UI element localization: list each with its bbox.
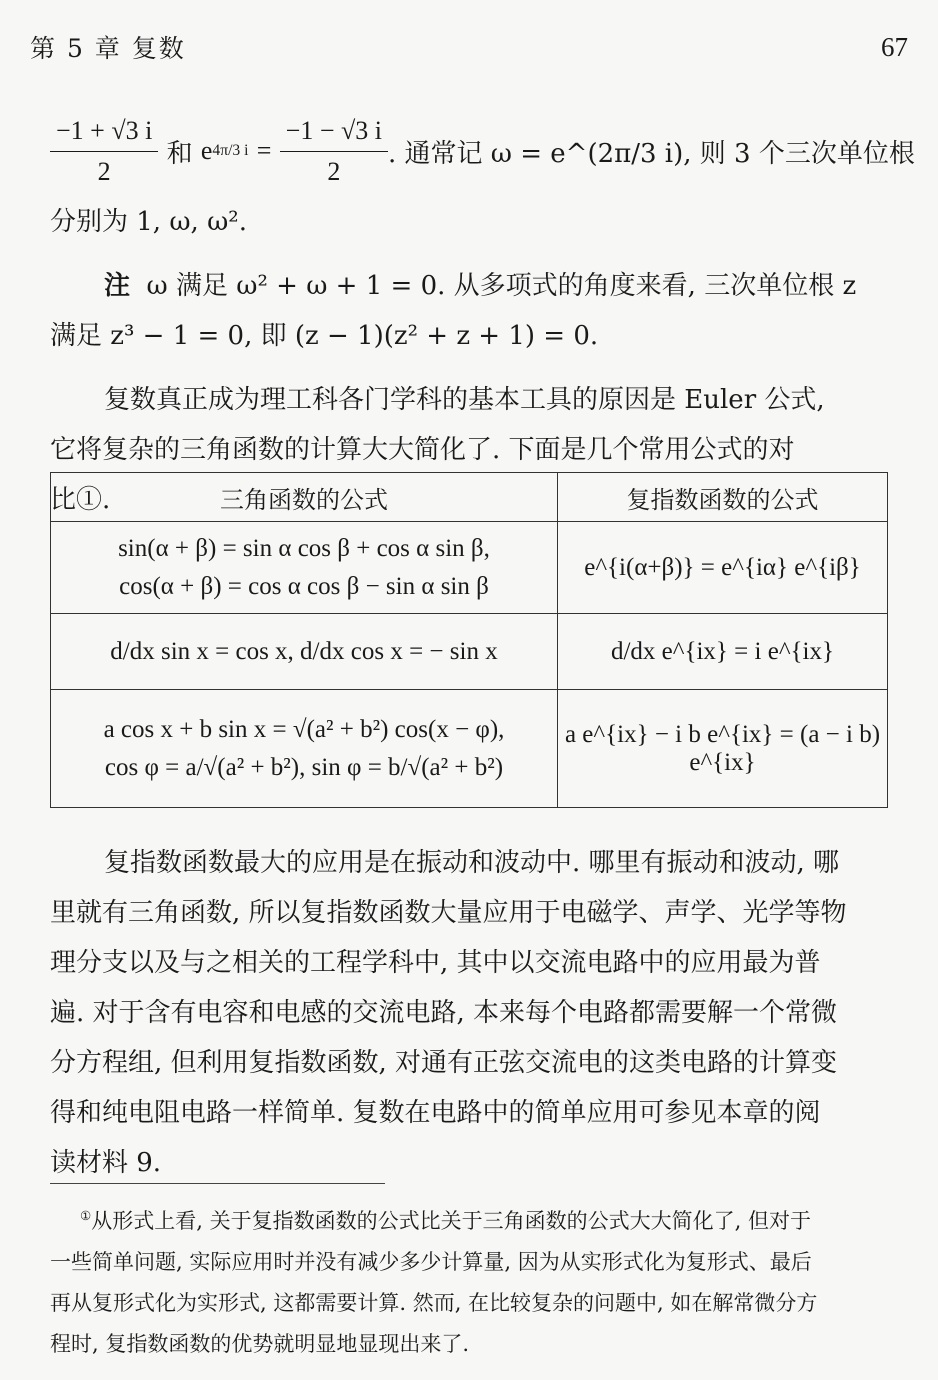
- note-line-2: 满足 z³ − 1 = 0, 即 (z − 1)(z² + z + 1) = 0…: [50, 311, 888, 361]
- complex-cell: e^{i(α+β)} = e^{iα} e^{iβ}: [558, 522, 888, 614]
- roots-formula-line: −1 + √3 i 2 和 e4π/3 i = −1 − √3 i 2 . 通常…: [50, 105, 888, 197]
- complex-cell: d/dx e^{ix} = i e^{ix}: [558, 614, 888, 690]
- note-label: 注: [104, 271, 130, 301]
- paragraph-applications: 复指数函数最大的应用是在振动和波动中. 哪里有振动和波动, 哪 里就有三角函数,…: [50, 838, 888, 1188]
- note-line-1: 注 ω 满足 ω² + ω + 1 = 0. 从多项式的角度来看, 三次单位根 …: [50, 261, 888, 311]
- roots-list: 分别为 1, ω, ω².: [50, 197, 888, 247]
- table-row: sin(α + β) = sin α cos β + cos α sin β, …: [51, 522, 888, 614]
- footnote-marker: ①: [80, 1208, 91, 1223]
- main-text: −1 + √3 i 2 和 e4π/3 i = −1 − √3 i 2 . 通常…: [50, 105, 888, 525]
- footnote-separator: [50, 1183, 385, 1184]
- paragraph-euler-line-2: 它将复杂的三角函数的计算大大简化了. 下面是几个常用公式的对: [50, 425, 888, 475]
- trig-cell: d/dx sin x = cos x, d/dx cos x = − sin x: [51, 614, 558, 690]
- header-trig: 三角函数的公式: [51, 473, 558, 522]
- page-number: 67: [881, 32, 908, 63]
- complex-cell: a e^{ix} − i b e^{ix} = (a − i b) e^{ix}: [558, 690, 888, 808]
- chapter-title: 第 5 章 复数: [30, 29, 186, 65]
- fraction-root-3: −1 − √3 i 2: [280, 111, 388, 192]
- trig-cell: sin(α + β) = sin α cos β + cos α sin β, …: [51, 522, 558, 614]
- table-row: a cos x + b sin x = √(a² + b²) cos(x − φ…: [51, 690, 888, 808]
- header-complex: 复指数函数的公式: [558, 473, 888, 522]
- table-row: d/dx sin x = cos x, d/dx cos x = − sin x…: [51, 614, 888, 690]
- running-header: 第 5 章 复数 67: [30, 22, 908, 72]
- formula-comparison-table: 三角函数的公式 复指数函数的公式 sin(α + β) = sin α cos …: [50, 472, 888, 808]
- trig-cell: a cos x + b sin x = √(a² + b²) cos(x − φ…: [51, 690, 558, 808]
- footnote: ①从形式上看, 关于复指数函数的公式比关于三角函数的公式大大简化了, 但对于 一…: [50, 1195, 888, 1365]
- paragraph-euler-line-1: 复数真正成为理工科各门学科的基本工具的原因是 Euler 公式,: [50, 375, 888, 425]
- fraction-root-2: −1 + √3 i 2: [50, 111, 158, 192]
- table-header-row: 三角函数的公式 复指数函数的公式: [51, 473, 888, 522]
- omega-definition: . 通常记 ω = e^(2π/3 i), 则 3 个三次单位根: [388, 133, 915, 170]
